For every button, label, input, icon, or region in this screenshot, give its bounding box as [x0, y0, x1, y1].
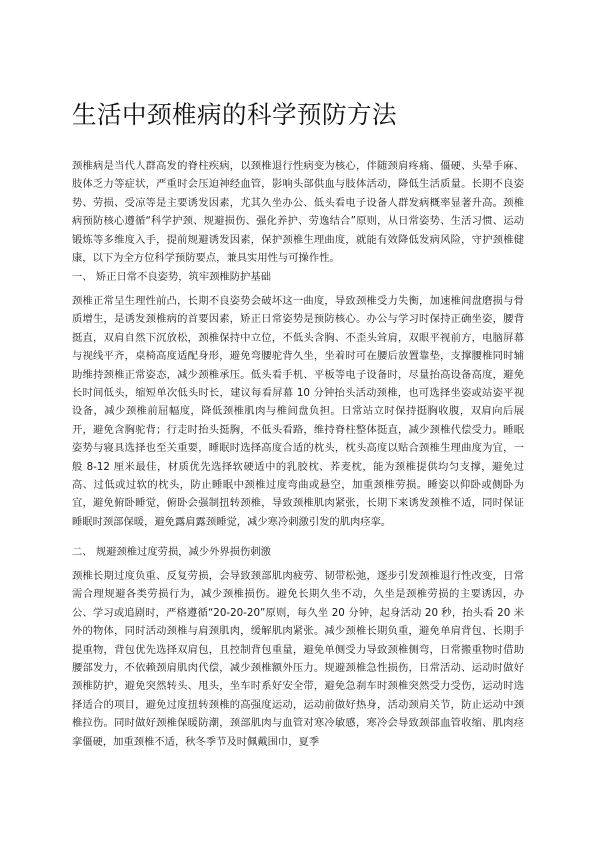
- section-body-2: 颈椎长期过度负重、反复劳损，会导致颈部肌肉疲劳、韧带松弛，逐步引发颈椎退行性改变…: [72, 567, 524, 751]
- section-heading-2: 二、 规避颈椎过度劳损，减少外界损伤刺激: [72, 543, 271, 561]
- section-body-1: 颈椎正常呈生理性前凸，长期不良姿势会破坏这一曲度，导致颈椎受力失衡，加速椎间盘磨…: [72, 292, 524, 531]
- document-title: 生活中颈椎病的科学预防方法: [72, 96, 397, 131]
- section-heading-1: 一、 矫正日常不良姿势，筑牢颈椎防护基础: [72, 268, 271, 286]
- intro-paragraph: 颈椎病是当代人群高发的脊柱疾病，以颈椎退行性病变为核心，伴随颈肩疼痛、僵硬、头晕…: [72, 157, 524, 267]
